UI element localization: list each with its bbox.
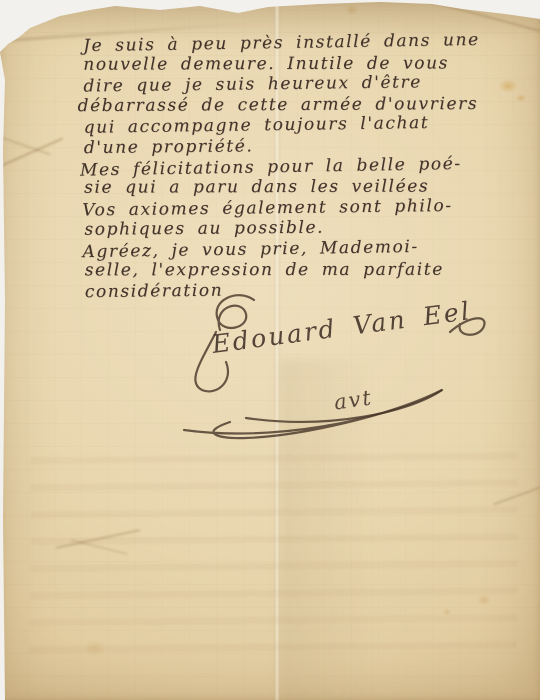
handwritten-line: sie qui a paru dans les veillées	[84, 176, 485, 198]
signature-flourish-icon	[150, 290, 540, 445]
handwritten-line: considération	[85, 278, 486, 303]
show-through-text	[29, 443, 518, 656]
letter-paper: Je suis à peu près installé dans une nou…	[0, 0, 540, 700]
bottom-left-wrinkle	[71, 539, 128, 555]
letter-body: Je suis à peu près installé dans une nou…	[83, 32, 486, 303]
signature-title: avt	[333, 385, 375, 414]
left-edge-wrinkle	[0, 137, 63, 168]
handwritten-line: Agréez, je vous prie, Mademoi-	[82, 236, 483, 263]
left-edge-wrinkle	[0, 135, 51, 156]
right-edge-wrinkle	[493, 485, 540, 506]
scanned-letter-photo: Je suis à peu près installé dans une nou…	[0, 0, 540, 700]
handwritten-line: selle, l'expression de ma parfaite	[85, 259, 486, 280]
signature-name: Edouard Van Eel	[210, 296, 473, 359]
fold-shadow-band	[280, 360, 375, 700]
bottom-left-wrinkle	[56, 529, 141, 549]
